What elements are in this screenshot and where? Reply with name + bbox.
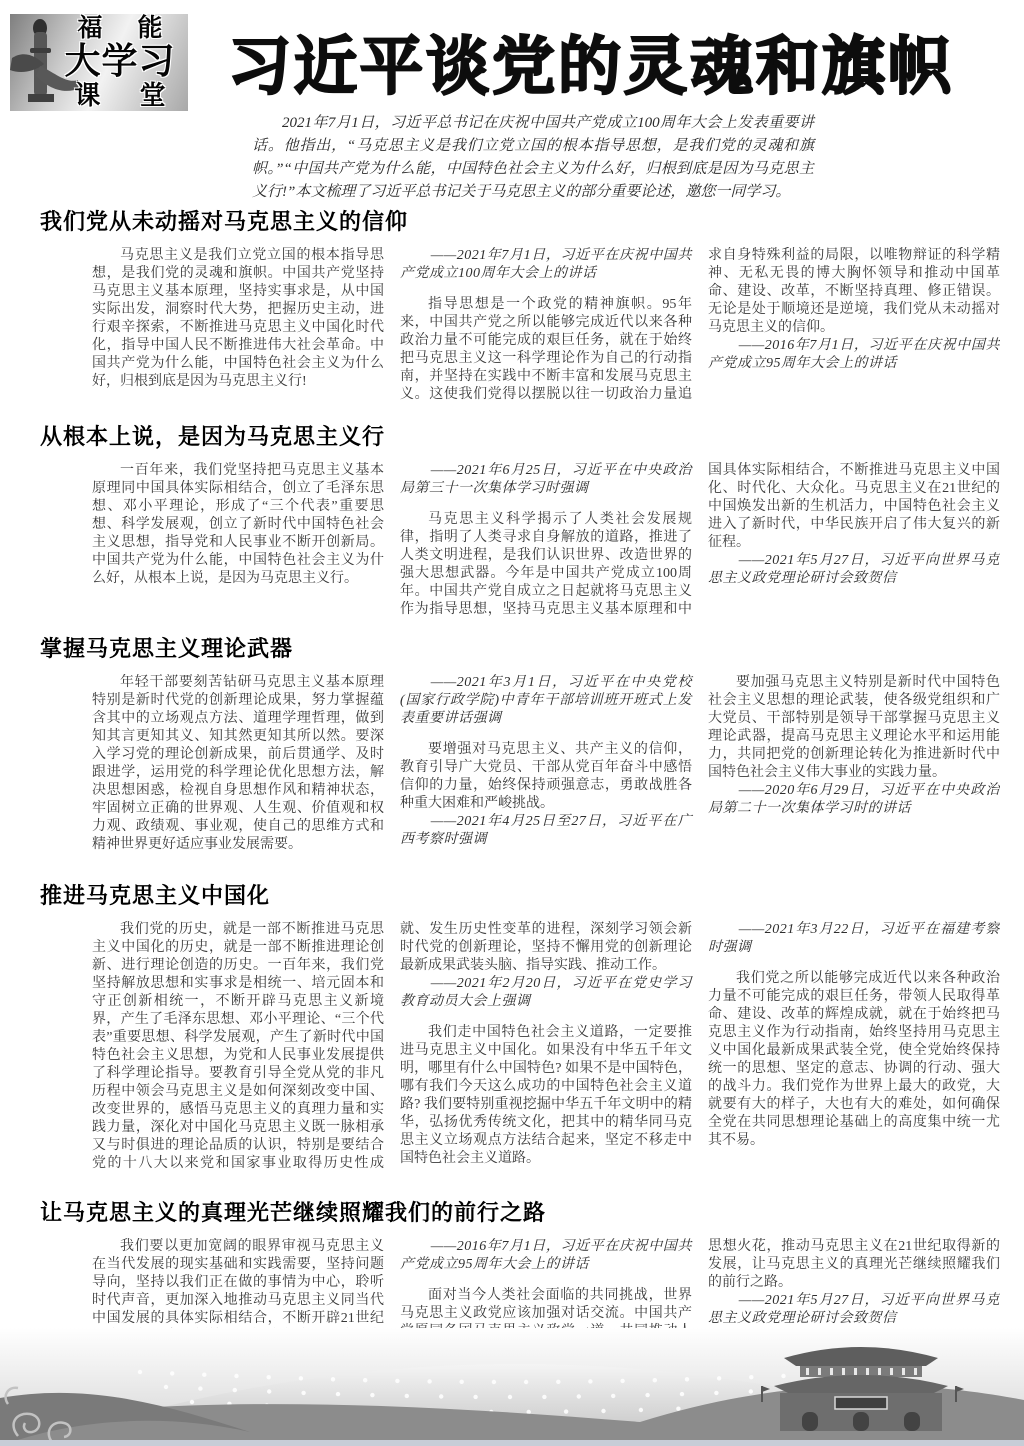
logo-line1: 福 能 — [56, 15, 184, 42]
quote-attribution: ——2021年5月27日，习近平向世界马克思主义政党理论研讨会致贺信 — [708, 552, 1000, 588]
quote-attribution: ——2021年5月27日，习近平向世界马克思主义政党理论研讨会致贺信 — [708, 1292, 1000, 1328]
quote-paragraph: 我们走中国特色社会主义道路，一定要推进马克思主义中国化。如果没有中华五千年文明，… — [400, 1024, 692, 1168]
masthead-logo: 福 能 大学习 课 堂 — [10, 14, 188, 111]
section-body: 年轻干部要刻苦钻研马克思主义基本原理特别是新时代党的创新理论成果，努力掌握蕴含其… — [92, 674, 1000, 866]
bottom-strip — [0, 1440, 1024, 1446]
section-heading: 掌握马克思主义理论武器 — [40, 632, 1000, 663]
article-section: 我们党从未动摇对马克思主义的信仰 马克思主义是我们立党立国的根本指导思想，是我们… — [40, 205, 1000, 407]
quote-attribution: ——2016年7月1日，习近平在庆祝中国共产党成立95周年大会上的讲话 — [400, 1238, 692, 1274]
article-sections: 我们党从未动摇对马克思主义的信仰 马克思主义是我们立党立国的根本指导思想，是我们… — [0, 205, 1024, 1388]
article-section: 从根本上说，是因为马克思主义行 一百年来，我们党坚持把马克思主义基本原理同中国具… — [40, 420, 1000, 619]
quote-paragraph: 要加强马克思主义特别是新时代中国特色社会主义思想的理论武装，使各级党组织和广大党… — [708, 674, 1000, 782]
quote-paragraph: 年轻干部要刻苦钻研马克思主义基本原理特别是新时代党的创新理论成果，努力掌握蕴含其… — [92, 674, 384, 854]
quote-paragraph: 马克思主义是我们立党立国的根本指导思想，是我们党的灵魂和旗帜。中国共产党坚持马克… — [92, 247, 384, 391]
quote-attribution: ——2016年7月1日，习近平在庆祝中国共产党成立95周年大会上的讲话 — [708, 337, 1000, 373]
article-section: 推进马克思主义中国化 我们党的历史，就是一部不断推进马克思主义中国化的历史，就是… — [40, 879, 1000, 1183]
section-heading: 推进马克思主义中国化 — [40, 879, 1000, 910]
quote-attribution: ——2021年4月25日至27日，习近平在广西考察时强调 — [400, 813, 692, 849]
section-body: 一百年来，我们党坚持把马克思主义基本原理同中国具体实际相结合，创立了毛泽东思想、… — [92, 462, 1000, 619]
section-body: 我们党的历史，就是一部不断推进马克思主义中国化的历史，就是一部不断推进理论创新、… — [92, 921, 1000, 1183]
section-heading: 从根本上说，是因为马克思主义行 — [40, 420, 1000, 451]
page-header: 福 能 大学习 课 堂 习近平谈党的灵魂和旗帜 2021年7月1日，习近平总书记… — [0, 0, 1024, 192]
logo-line2: 大学习 — [56, 42, 184, 81]
section-body: 马克思主义是我们立党立国的根本指导思想，是我们党的灵魂和旗帜。中国共产党坚持马克… — [92, 247, 1000, 407]
quote-attribution: ——2021年3月22日，习近平在福建考察时强调 — [708, 921, 1000, 957]
footer-illustration — [0, 1328, 1024, 1446]
logo-text: 福 能 大学习 课 堂 — [56, 15, 184, 109]
article-page: 福 能 大学习 课 堂 习近平谈党的灵魂和旗帜 2021年7月1日，习近平总书记… — [0, 0, 1024, 1446]
quote-attribution: ——2021年2月20日，习近平在党史学习教育动员大会上强调 — [400, 975, 692, 1011]
quote-paragraph: 我们党之所以能够完成近代以来各种政治力量不可能完成的艰巨任务，带领人民取得革命、… — [708, 970, 1000, 1150]
tiananmen-icon — [761, 1347, 964, 1431]
quote-paragraph: 要增强对马克思主义、共产主义的信仰，教育引导广大党员、干部从党百年奋斗中感悟信仰… — [400, 741, 692, 813]
page-title: 习近平谈党的灵魂和旗帜 — [228, 16, 908, 107]
quote-attribution: ——2020年6月29日，习近平在中央政治局第二十一次集体学习时的讲话 — [708, 782, 1000, 818]
logo-line3: 课 堂 — [56, 81, 184, 109]
quote-attribution: ——2021年3月1日，习近平在中央党校(国家行政学院)中青年干部培训班开班式上… — [400, 674, 692, 728]
article-section: 掌握马克思主义理论武器 年轻干部要刻苦钻研马克思主义基本原理特别是新时代党的创新… — [40, 632, 1000, 866]
quote-paragraph: 一百年来，我们党坚持把马克思主义基本原理同中国具体实际相结合，创立了毛泽东思想、… — [92, 462, 384, 588]
section-heading: 让马克思主义的真理光芒继续照耀我们的前行之路 — [40, 1196, 1000, 1227]
quote-attribution: ——2021年6月25日，习近平在中央政治局第三十一次集体学习时强调 — [400, 462, 692, 498]
section-heading: 我们党从未动摇对马克思主义的信仰 — [40, 205, 1000, 236]
quote-attribution: ——2021年7月1日，习近平在庆祝中国共产党成立100周年大会上的讲话 — [400, 247, 692, 283]
intro-paragraph: 2021年7月1日，习近平总书记在庆祝中国共产党成立100周年大会上发表重要讲话… — [252, 112, 814, 204]
